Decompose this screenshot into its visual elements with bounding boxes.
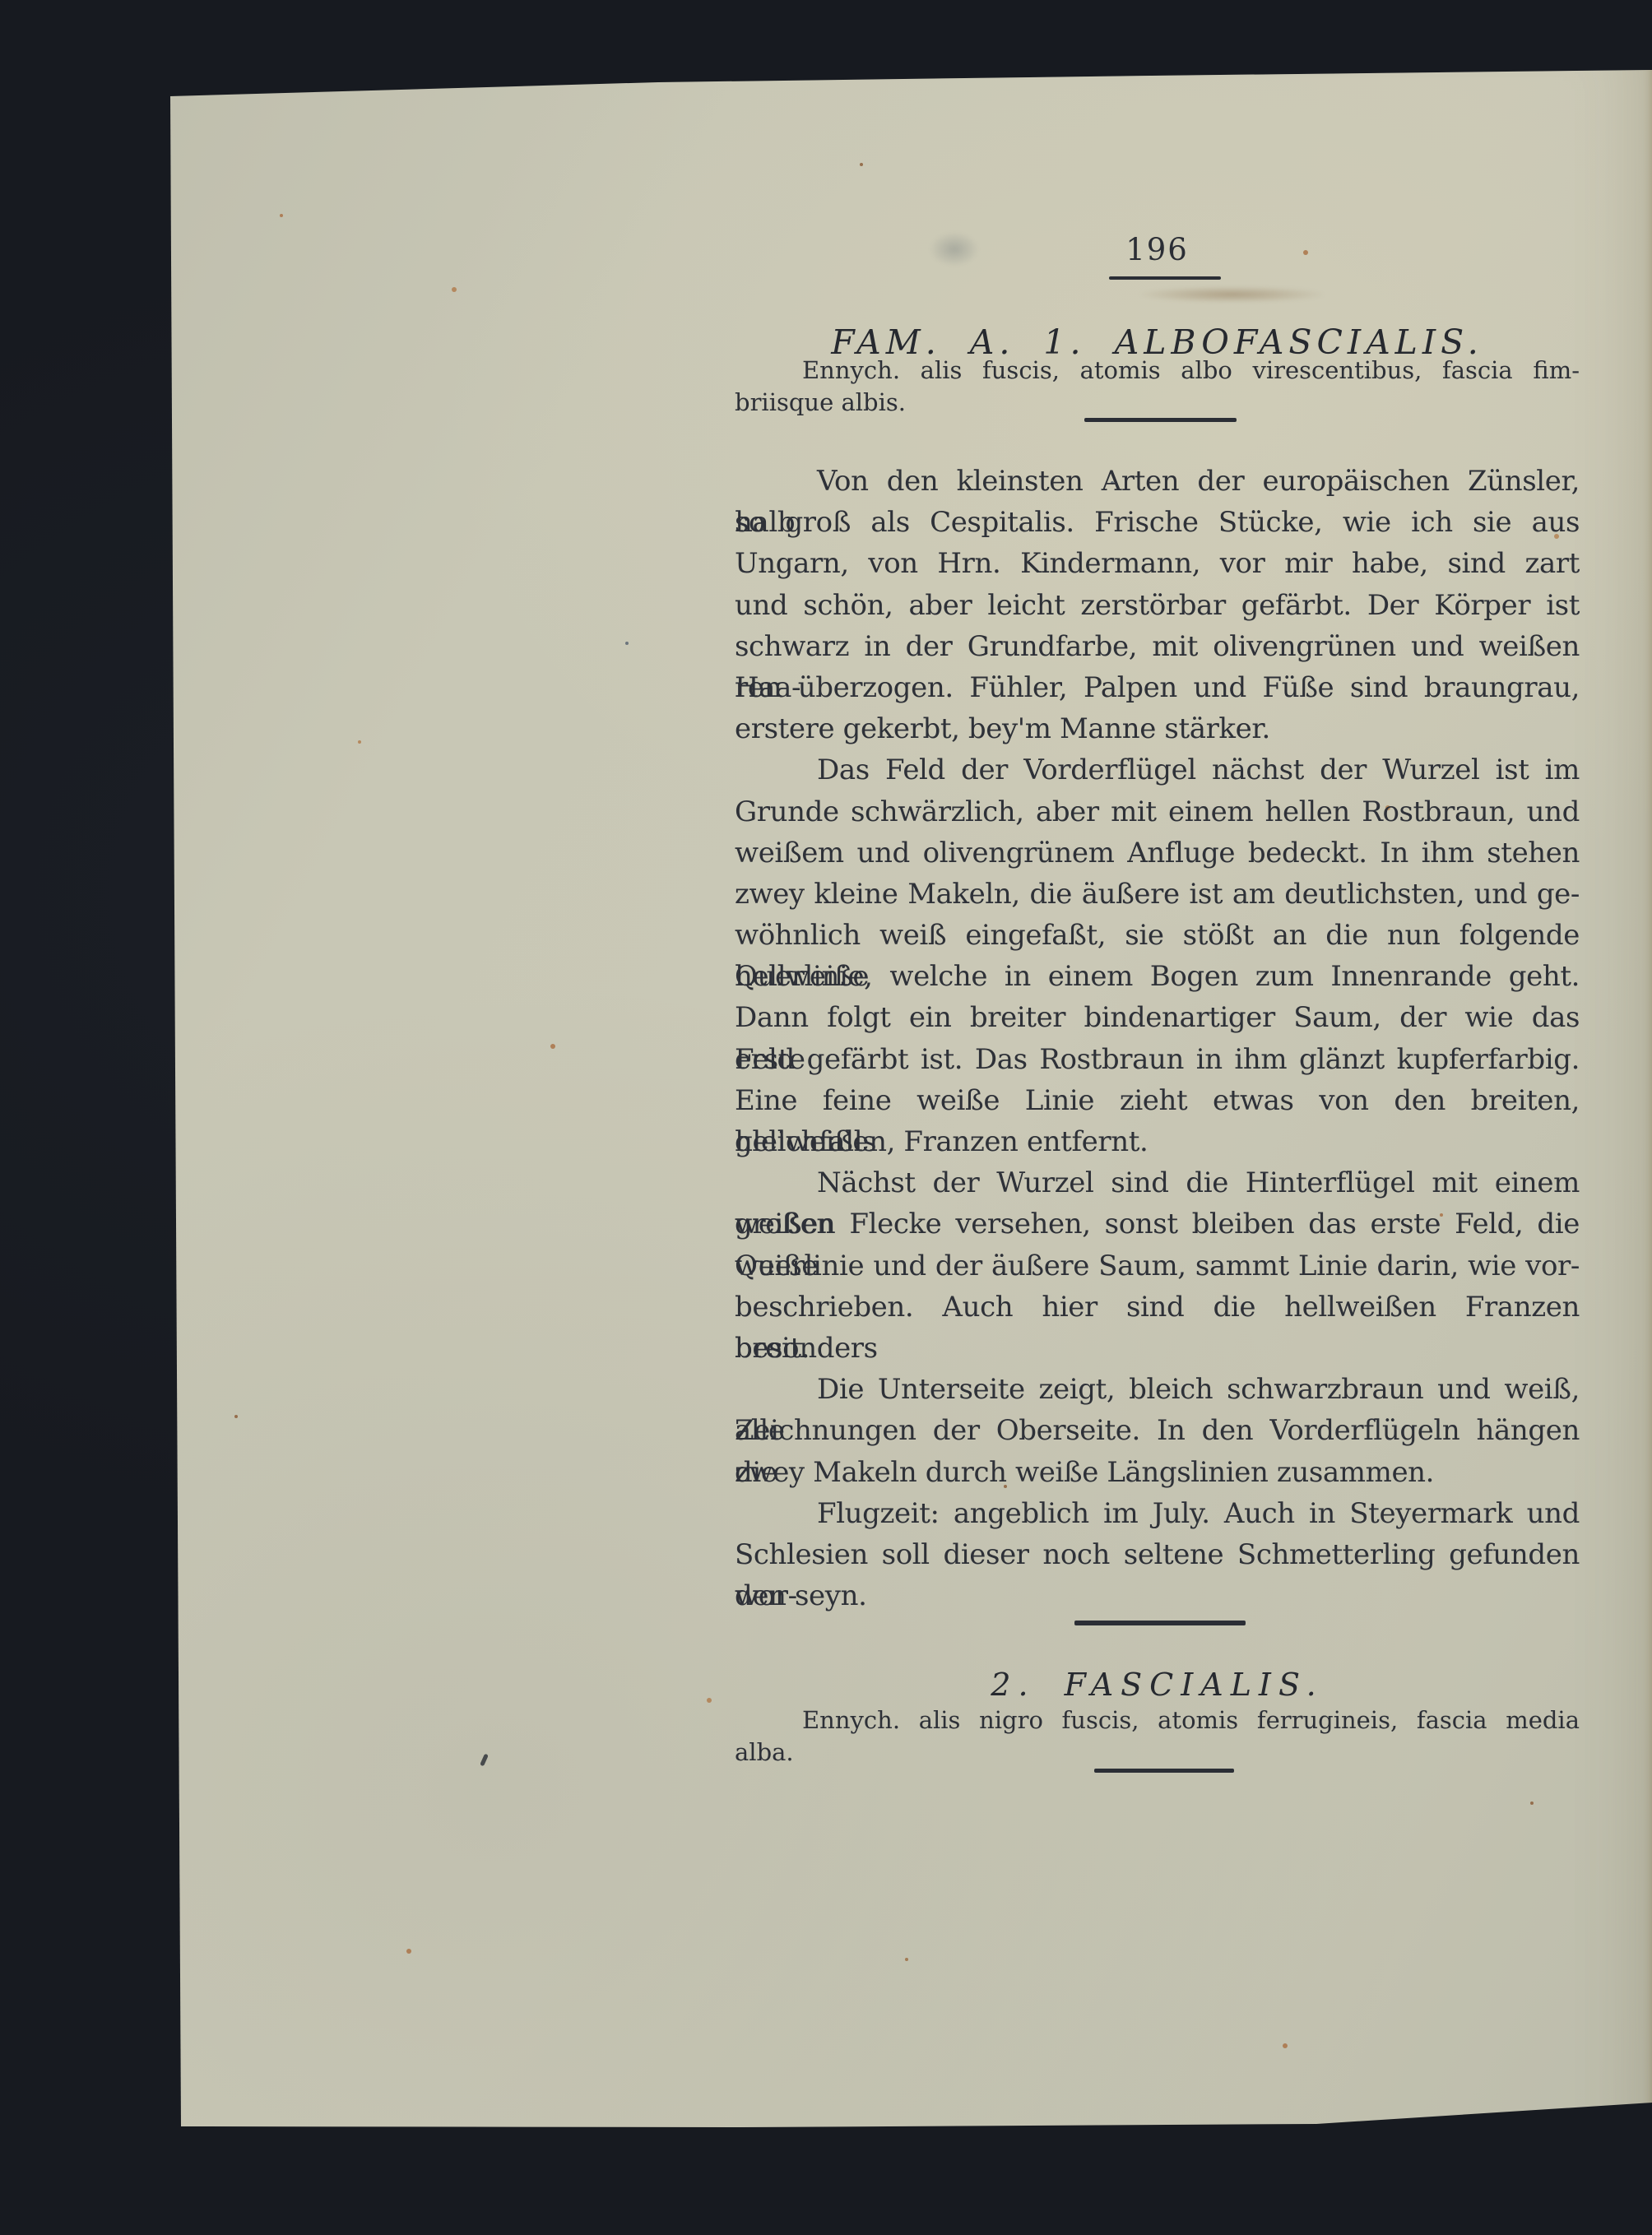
paragraph: Von den kleinsten Arten der europäischen… <box>735 461 1580 749</box>
body-line: Von den kleinsten Arten der europäischen… <box>735 461 1580 502</box>
latin-diagnosis-fascialis: Ennych. alis nigro fuscis, atomis ferrug… <box>735 1704 1580 1769</box>
body-line: so groß als Cespitalis. Frische Stücke, … <box>735 502 1580 543</box>
body-line: Nächst der Wurzel sind die Hinterflügel … <box>735 1162 1580 1203</box>
body-line: Flugzeit: angeblich im July. Auch in Ste… <box>735 1493 1580 1534</box>
body-line: Die Unterseite zeigt, bleich schwarzbrau… <box>735 1369 1580 1410</box>
divider-rule <box>1084 418 1237 422</box>
divider-rule <box>1094 1769 1234 1773</box>
body-line: Grunde schwärzlich, aber mit einem helle… <box>735 791 1580 832</box>
body-line: Querlinie, welche in einem Bogen zum Inn… <box>735 956 1580 997</box>
latin-diagnosis-albofascialis: Ennych. alis fuscis, atomis albo viresce… <box>735 355 1580 419</box>
diagnosis-line: briisque albis. <box>735 387 1580 419</box>
body-line: Ungarn, von Hrn. Kindermann, vor mir hab… <box>735 543 1580 584</box>
species-heading-fascialis: 2. FASCIALIS. <box>735 1667 1580 1703</box>
paragraph: Nächst der Wurzel sind die Hinterflügel … <box>735 1162 1580 1369</box>
page-header: 196 <box>735 232 1580 267</box>
body-text: Von den kleinsten Arten der europäischen… <box>735 461 1580 1616</box>
paper-speckles <box>280 214 283 217</box>
body-line: ren überzogen. Fühler, Palpen und Füße s… <box>735 667 1580 708</box>
body-line: Dann folgt ein breiter bindenartiger Sau… <box>735 997 1580 1038</box>
diagnosis-line: Ennych. alis fuscis, atomis albo viresce… <box>735 355 1580 387</box>
paper-smudge <box>1137 286 1326 303</box>
page-number: 196 <box>1125 232 1189 267</box>
paragraph: Die Unterseite zeigt, bleich schwarzbrau… <box>735 1369 1580 1493</box>
body-line: hellweißen, Franzen entfernt. <box>735 1121 1580 1162</box>
body-line: Zeichnungen der Oberseite. In den Vorder… <box>735 1410 1580 1451</box>
body-line: und schön, aber leicht zerstörbar gefärb… <box>735 585 1580 626</box>
body-line: weißen Flecke versehen, sonst bleiben da… <box>735 1203 1580 1245</box>
body-line: erstere gekerbt, bey'm Manne stärker. <box>735 708 1580 749</box>
body-line: Das Feld der Vorderflügel nächst der Wur… <box>735 749 1580 791</box>
page-number-underline <box>1109 276 1221 280</box>
body-line: zwey Makeln durch weiße Längslinien zusa… <box>735 1452 1580 1493</box>
body-line: wöhnlich weiß eingefaßt, sie stößt an di… <box>735 915 1580 956</box>
paragraph: Flugzeit: angeblich im July. Auch in Ste… <box>735 1493 1580 1617</box>
diagnosis-line: Ennych. alis nigro fuscis, atomis ferrug… <box>735 1704 1580 1737</box>
stray-ink-mark <box>480 1754 489 1767</box>
book-page: 196 FAM. A. 1. ALBOFASCIALIS. Ennych. al… <box>0 0 1652 2235</box>
body-line: Eine feine weiße Linie zieht etwas von d… <box>735 1080 1580 1121</box>
body-line: Schlesien soll dieser noch seltene Schme… <box>735 1534 1580 1575</box>
diagnosis-line: alba. <box>735 1737 1580 1769</box>
body-line: Querlinie und der äußere Saum, sammt Lin… <box>735 1245 1580 1287</box>
paragraph: Das Feld der Vorderflügel nächst der Wur… <box>735 749 1580 1162</box>
scan-canvas: 196 FAM. A. 1. ALBOFASCIALIS. Ennych. al… <box>0 0 1652 2235</box>
body-line: beschrieben. Auch hier sind die hellweiß… <box>735 1287 1580 1328</box>
body-line: Feld gefärbt ist. Das Rostbraun in ihm g… <box>735 1039 1580 1080</box>
body-line: zwey kleine Makeln, die äußere ist am de… <box>735 874 1580 915</box>
body-line: weißem und olivengrünem Anfluge bedeckt.… <box>735 832 1580 874</box>
divider-rule <box>1074 1621 1246 1625</box>
body-line: schwarz in der Grundfarbe, mit olivengrü… <box>735 626 1580 667</box>
body-line: den seyn. <box>735 1575 1580 1616</box>
